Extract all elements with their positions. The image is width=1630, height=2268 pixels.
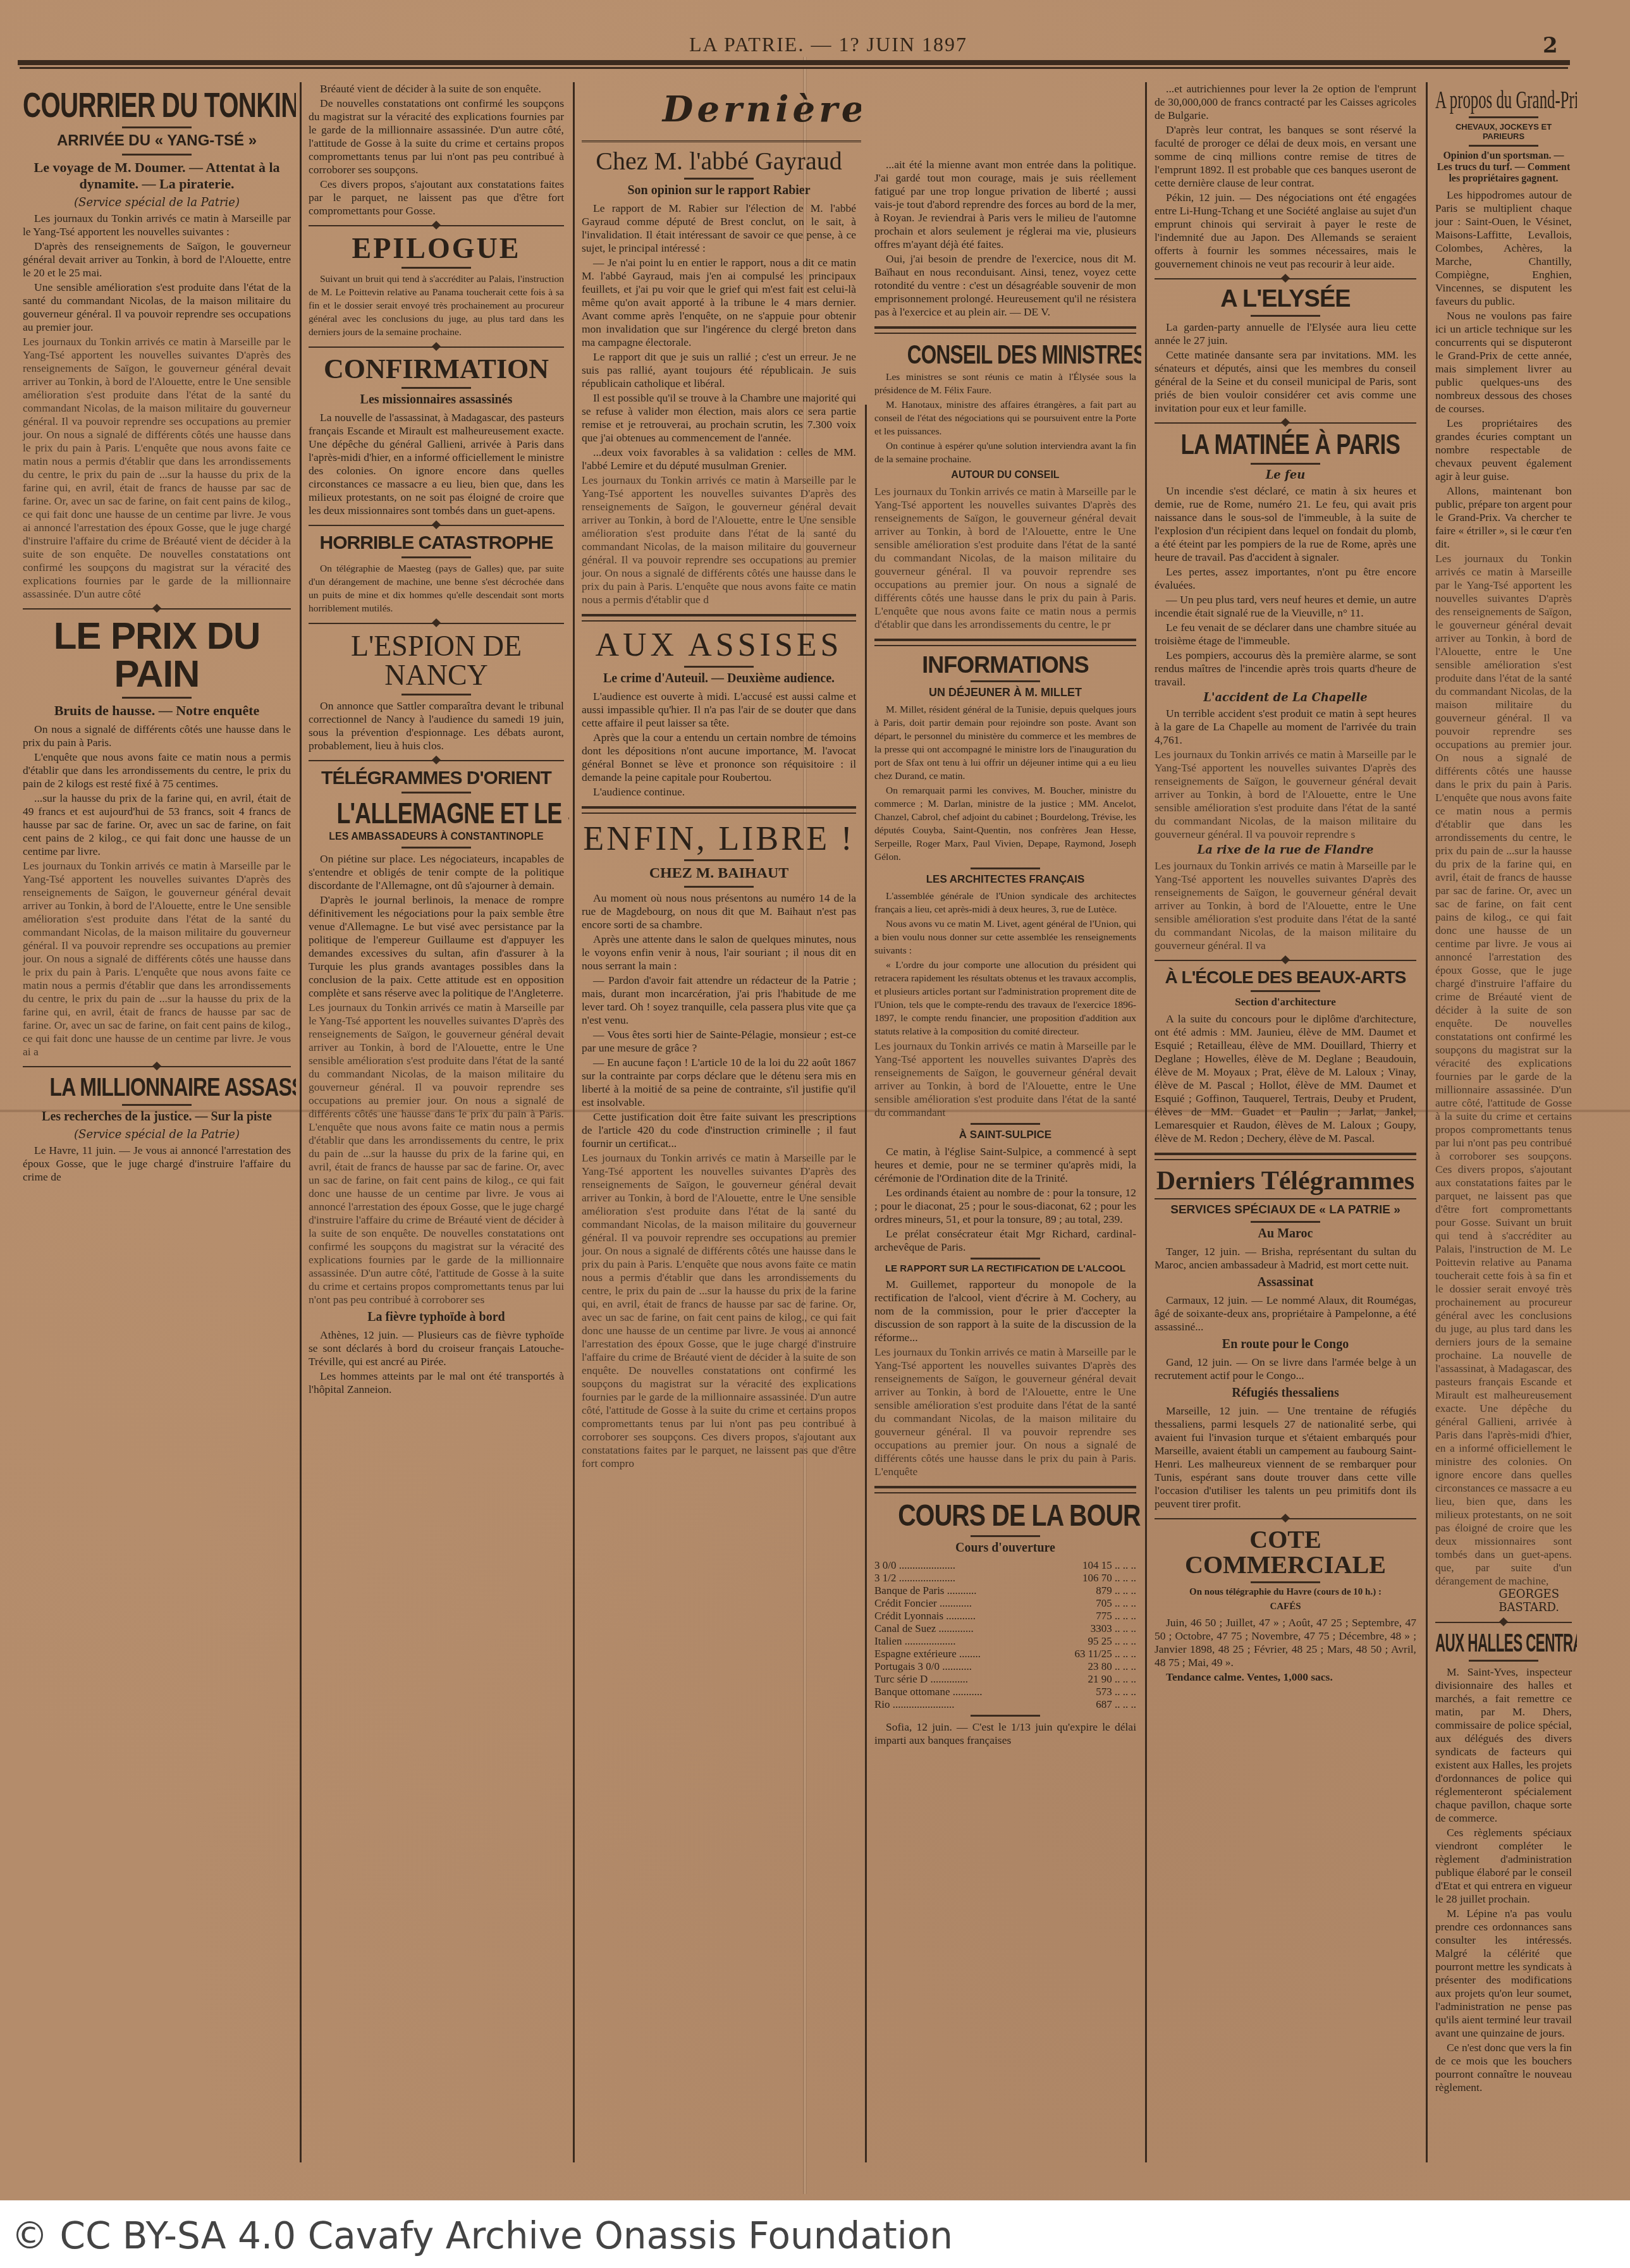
newspaper-page: LA PATRIE. — 1? JUIN 1897 2 COURRIER DU …: [0, 0, 1630, 2200]
article-text-filler: Les journaux du Tonkin arrivés ce matin …: [874, 1345, 1136, 1478]
cote-product: CAFÉS: [1155, 1602, 1416, 1612]
deck-tonkin: Le voyage de M. Doumer. — Attentat à la …: [23, 159, 291, 192]
paragraph: Oui, j'ai besoin de prendre de l'exercic…: [874, 252, 1136, 319]
paragraph: Le prélat consécrateur était Mgr Richard…: [874, 1227, 1136, 1254]
article-text-filler: Les journaux du Tonkin arrivés ce matin …: [1155, 748, 1416, 841]
section-head-la-chapelle: L'accident de La Chapelle: [1155, 691, 1416, 704]
telegram-heading: En route pour le Congo: [1155, 1337, 1416, 1352]
article-body-epilogue: Suivant un bruit qui tend à s'accréditer…: [309, 273, 564, 339]
subtitle-yangtse: ARRIVÉE DU « YANG-TSÉ »: [23, 132, 291, 150]
stock-name: Canal de Suez .............: [874, 1622, 1038, 1635]
section-head-rue-de-flandre: La rixe de la rue de Flandre: [1155, 843, 1416, 857]
cote-intro: On nous télégraphie du Havre (cours de 1…: [1155, 1587, 1416, 1598]
rule: [1155, 1198, 1416, 1199]
headline-underline: [1469, 145, 1538, 147]
column-2: Bréauté vient de décider à la suite de s…: [303, 82, 569, 2150]
column-rule: [573, 82, 575, 2162]
paragraph: Ce n'est donc que vers la fin de ce mois…: [1435, 2041, 1572, 2094]
paragraph: ...ait été la mienne avant mon entrée da…: [874, 158, 1136, 251]
telegram-text: Tanger, 12 juin. — Brisha, représentant …: [1155, 1245, 1416, 1272]
paragraph: On piétine sur place. Les négociateurs, …: [309, 852, 564, 892]
paragraph: D'après le journal berlinois, la menace …: [309, 893, 564, 1000]
headline-underline: [684, 886, 754, 888]
article-body-libre: Au moment où nous nous présentons au num…: [582, 892, 856, 1150]
article-body-beaux-arts: A la suite du concours pour le diplôme d…: [1155, 1012, 1416, 1145]
headline-halles-centrales: AUX HALLES CENTRALES: [1435, 1631, 1573, 1656]
stock-price: 775 .. .. ..: [1038, 1610, 1136, 1622]
article-text-filler: Les journaux du Tonkin arrivés ce matin …: [23, 335, 291, 601]
paragraph: — Vous êtes sorti hier de Sainte-Pélagie…: [582, 1028, 856, 1055]
paragraph: Les ordinands étaient au nombre de : pou…: [874, 1186, 1136, 1226]
copyright-caption-bar: © CC BY-SA 4.0 Cavafy Archive Onassis Fo…: [0, 2200, 1630, 2268]
headline-underline: [122, 1104, 192, 1106]
headline-underline: [122, 126, 192, 128]
section-separator: [1155, 1518, 1416, 1519]
article-body-catastrophe: On télégraphie de Maesteg (pays de Galle…: [309, 562, 564, 615]
telegram-heading: Réfugiés thessaliens: [1155, 1386, 1416, 1401]
sofia-dispatch: Sofia, 12 juin. — C'est le 1/13 juin qu'…: [874, 1720, 1136, 1747]
double-rule: [874, 1486, 1136, 1493]
article-body-alcool: M. Guillemet, rapporteur du monopole de …: [874, 1278, 1136, 1344]
section-separator: [309, 623, 564, 624]
double-rule: [582, 614, 856, 622]
article-text-filler: Les journaux du Tonkin arrivés ce matin …: [23, 859, 291, 1058]
headline-beaux-arts: À L'ÉCOLE DES BEAUX-ARTS: [1155, 969, 1416, 986]
headline-espion: L'ESPION DE NANCY: [309, 632, 564, 690]
section-separator: [309, 525, 564, 526]
telegram-heading: Au Maroc: [1155, 1227, 1416, 1241]
column-rule: [865, 405, 867, 2162]
headline-enfin-libre: ENFIN, LIBRE !: [582, 821, 856, 855]
paragraph: Les propriétaires des grandes écuries co…: [1435, 417, 1572, 483]
stock-quote-row: Italien ...................95 25 .. .. .…: [874, 1635, 1136, 1648]
stock-name: 3 0/0 .....................: [874, 1559, 1038, 1572]
article-body-architectes: L'assemblée générale de l'Union syndical…: [874, 890, 1136, 1038]
stock-price: 21 90 .. .. ..: [1038, 1673, 1136, 1686]
article-body-gayraud: Le rapport de M. Rabier sur l'élection d…: [582, 202, 856, 472]
stock-price: 104 15 .. .. ..: [1038, 1559, 1136, 1572]
paragraph: L'audience continue.: [582, 785, 856, 799]
stock-name: Portugais 3 0/0 ...........: [874, 1660, 1038, 1673]
article-body-assises: L'audience est ouverte à midi. L'accusé …: [582, 690, 856, 799]
headline-underline: [1469, 1660, 1538, 1662]
paragraph: On remarquait parmi les convives, M. Bou…: [874, 784, 1136, 864]
stock-name: Crédit Foncier ............: [874, 1597, 1038, 1610]
article-body-elysee: La garden-party annuelle de l'Elysée aur…: [1155, 321, 1416, 415]
article-body-orient: On piétine sur place. Les négociateurs, …: [309, 852, 564, 1000]
section-separator: [309, 346, 564, 348]
paragraph: Les pertes, assez importantes, n'ont pu …: [1155, 565, 1416, 592]
subtitle-cours-ouverture: Cours d'ouverture: [874, 1541, 1136, 1555]
paragraph: Ce matin, à l'église Saint-Sulpice, a co…: [874, 1145, 1136, 1185]
stock-price: 705 .. .. ..: [1038, 1597, 1136, 1610]
headline-underline: [684, 178, 754, 180]
paragraph: « L'ordre du jour comporte une allocutio…: [874, 959, 1136, 1038]
headline-conseil-ministres: CONSEIL DES MINISTRES: [907, 341, 1104, 368]
paragraph: M. Guillemet, rapporteur du monopole de …: [874, 1278, 1136, 1344]
paragraph: Ces divers propos, s'ajoutant aux consta…: [309, 178, 564, 218]
section-separator: [309, 760, 564, 761]
paragraph: Au moment où nous nous présentons au num…: [582, 892, 856, 931]
stock-quote-row: Banque ottomane ...........573 .. .. ..: [874, 1686, 1136, 1698]
headline-underline: [401, 267, 471, 269]
stock-quote-row: Crédit Lyonnais ...........775 .. .. ..: [874, 1610, 1136, 1622]
paragraph: Le feu venait de se déclarer dans une ch…: [1155, 621, 1416, 647]
column-rule: [300, 82, 302, 2162]
headline-underline: [1251, 463, 1320, 465]
coffee-prices: Juin, 46 50 ; Juillet, 47 » ; Août, 47 2…: [1155, 1616, 1416, 1669]
paragraph: D'après leur contrat, les banques se son…: [1155, 123, 1416, 190]
column-rule: [1426, 82, 1428, 2162]
article-continuation: Bréauté vient de décider à la suite de s…: [309, 82, 564, 218]
headline-allemagne-sultan: L'ALLEMAGNE ET LE SULTAN: [336, 799, 536, 828]
telegram-text: Carmaux, 12 juin. — Le nommé Alaux, dit …: [1155, 1294, 1416, 1333]
double-rule: [874, 326, 1136, 334]
article-text-filler: Les journaux du Tonkin arrivés ce matin …: [309, 1001, 564, 1306]
paragraph: Il est possible qu'il se trouve à la Cha…: [582, 391, 856, 444]
headline-underline: [122, 154, 192, 156]
column-3: Dernière Heure Chez M. l'abbé Gayraud So…: [577, 82, 861, 2150]
stock-quote-row: Banque de Paris ...........879 .. .. ..: [874, 1585, 1136, 1597]
section-separator: [1435, 1622, 1572, 1623]
stock-quote-row: 3 1/2 .....................106 70 .. .. …: [874, 1572, 1136, 1585]
paragraph: Une sensible amélioration s'est produite…: [23, 281, 291, 334]
paragraph: On annonce que Sattler comparaîtra devan…: [309, 699, 564, 752]
copyright-text: © CC BY-SA 4.0 Cavafy Archive Onassis Fo…: [11, 2214, 953, 2257]
headline-elysee: A L'ELYSÉE: [1155, 287, 1416, 311]
paragraph: — Un peu plus tard, vers neuf heures et …: [1155, 593, 1416, 620]
paragraph: ...et autrichiennes pour lever la 2e opt…: [1155, 82, 1416, 122]
section-separator: [1155, 960, 1416, 961]
article-body-millionnaire: Le Havre, 11 juin. — Je vous ai annoncé …: [23, 1144, 291, 1184]
paragraph: M. Lépine n'a pas voulu prendre ces ordo…: [1435, 1907, 1572, 2040]
article-body-saint-sulpice: Ce matin, à l'église Saint-Sulpice, a co…: [874, 1145, 1136, 1254]
section-head-saint-sulpice: À SAINT-SULPICE: [874, 1129, 1136, 1141]
paragraph: Ces règlements spéciaux viendront complé…: [1435, 1826, 1572, 1906]
section-separator: [309, 225, 564, 226]
stock-quote-row: Turc série D ..............21 90 .. .. .…: [874, 1673, 1136, 1686]
section-head-architecture: Section d'architecture: [1155, 996, 1416, 1008]
stock-price: 23 80 .. .. ..: [1038, 1660, 1136, 1673]
headline-underline: [1251, 1581, 1320, 1583]
section-separator: [971, 1715, 1040, 1717]
author-signature: GEORGES BASTARD.: [1435, 1588, 1559, 1614]
paragraph: Nous ne voulons pas faire ici un article…: [1435, 309, 1572, 415]
headline-underline: [401, 387, 471, 389]
headline-underline: [401, 694, 471, 696]
double-rule: [582, 806, 856, 814]
stock-price: 687 .. .. ..: [1038, 1698, 1136, 1711]
paragraph: Les journaux du Tonkin arrivés ce matin …: [23, 212, 291, 238]
article-body-feu: Un incendie s'est déclaré, ce matin à si…: [1155, 484, 1416, 689]
stock-quote-row: 3 0/0 .....................104 15 .. .. …: [874, 1559, 1136, 1572]
headline-cours-bourse: COURS DE LA BOURSE: [898, 1501, 1112, 1531]
paragraph: Les ministres se sont réunis ce matin à …: [874, 371, 1136, 397]
headline-underline: [971, 1535, 1040, 1537]
paragraph: De nouvelles constatations ont confirmé …: [309, 97, 564, 176]
double-rule: [1155, 1153, 1416, 1160]
paragraph: Suivant un bruit qui tend à s'accréditer…: [309, 273, 564, 339]
headline-underline: [401, 556, 471, 558]
headline-telegrammes-orient: TÉLÉGRAMMES D'ORIENT: [309, 769, 564, 788]
headline-assises: AUX ASSISES: [582, 629, 856, 662]
paragraph: Les hippodromes autour de Paris se multi…: [1435, 188, 1572, 308]
paragraph: M. Saint-Yves, inspecteur divisionnaire …: [1435, 1665, 1572, 1825]
paragraph: Après que la cour a entendu un certain n…: [582, 731, 856, 784]
stock-name: Turc série D ..............: [874, 1673, 1038, 1686]
deck-auteuil: Le crime d'Auteuil. — Deuxième audience.: [582, 671, 856, 686]
telegram-heading: Assassinat: [1155, 1275, 1416, 1290]
running-header: LA PATRIE. — 1? JUIN 1897: [689, 33, 967, 56]
paragraph: M. Millet, résident général de la Tunisi…: [874, 703, 1136, 783]
section-separator: [971, 867, 1040, 869]
headline-underline: [971, 680, 1040, 682]
stock-price: 573 .. .. ..: [1038, 1686, 1136, 1698]
article-text-filler: Les journaux du Tonkin arrivés ce matin …: [582, 474, 856, 606]
headline-underline: [684, 859, 754, 861]
stock-price: 879 .. .. ..: [1038, 1585, 1136, 1597]
article-text-filler: Les journaux du Tonkin arrivés ce matin …: [874, 1039, 1136, 1119]
article-text-filler: Les journaux du Tonkin arrivés ce matin …: [874, 485, 1136, 631]
header-rule: [18, 60, 1570, 67]
section-separator: [23, 1066, 291, 1067]
paragraph: L'enquête que nous avons faite ce matin …: [23, 751, 291, 790]
article-text-filler: Les journaux du Tonkin arrivés ce matin …: [582, 1151, 856, 1470]
paragraph: Pékin, 12 juin. — Des négociations ont é…: [1155, 191, 1416, 271]
column-rule: [1145, 82, 1147, 2162]
section-head-architectes: LES ARCHITECTES FRANÇAIS: [874, 873, 1136, 886]
section-separator: [23, 608, 291, 610]
stock-price: 3303 .. .. ..: [1038, 1622, 1136, 1635]
paragraph: D'après des renseignements de Saïgon, le…: [23, 240, 291, 279]
article-body-chapelle: Un terrible accident s'est produit ce ma…: [1155, 707, 1416, 747]
article-body-pain: On nous a signalé de différents côtés un…: [23, 723, 291, 858]
headline-underline: [401, 847, 471, 849]
stock-name: Espagne extérieure ........: [874, 1648, 1038, 1660]
service-note: (Service spécial de la Patrie): [23, 1128, 291, 1141]
paragraph: L'audience est ouverte à midi. L'accusé …: [582, 690, 856, 730]
headline-epilogue: EPILOGUE: [309, 234, 564, 263]
paragraph: Allons, maintenant bon public, prépare t…: [1435, 484, 1572, 551]
stock-name: Rio .......................: [874, 1698, 1038, 1711]
headline-informations: INFORMATIONS: [874, 654, 1136, 677]
column-1: COURRIER DU TONKIN ARRIVÉE DU « YANG-TSÉ…: [18, 82, 296, 2150]
paragraph: Les pompiers, accourus dès la première a…: [1155, 649, 1416, 689]
stock-quote-row: Crédit Foncier ............705 .. .. ..: [874, 1597, 1136, 1610]
telegram-text: Gand, 12 juin. — On se livre dans l'armé…: [1155, 1356, 1416, 1382]
paragraph: Athènes, 12 juin. — Plusieurs cas de fiè…: [309, 1328, 564, 1368]
subtitle-dejeuner-millet: UN DÉJEUNER À M. MILLET: [874, 686, 1136, 699]
stock-quote-row: Rio .......................687 .. .. ..: [874, 1698, 1136, 1711]
paragraph: Nous avons vu ce matin M. Livet, agent g…: [874, 917, 1136, 957]
headline-underline: [1251, 1221, 1320, 1223]
paragraph: Le rapport dit que je suis un rallié ; c…: [582, 350, 856, 390]
service-note: (Service spécial de la Patrie): [23, 196, 291, 209]
headline-underline: [401, 792, 471, 794]
headline-underline: [1469, 116, 1538, 118]
headline-gayraud: Chez M. l'abbé Gayraud: [582, 149, 856, 174]
section-separator: [971, 1258, 1040, 1260]
headline-underline: [1251, 315, 1320, 317]
section-head-autour-du-conseil: AUTOUR DU CONSEIL: [874, 470, 1136, 481]
paragraph: Un incendie s'est déclaré, ce matin à si…: [1155, 484, 1416, 564]
paragraph: Cette justification doit être faite suiv…: [582, 1110, 856, 1150]
paragraph: On continue à espérer qu'une solution in…: [874, 439, 1136, 466]
paragraph: — Je n'ai point lu en entier le rapport,…: [582, 256, 856, 349]
stock-quote-row: Canal de Suez .............3303 .. .. ..: [874, 1622, 1136, 1635]
article-body-conseil: Les ministres se sont réunis ce matin à …: [874, 371, 1136, 466]
column-5: ...et autrichiennes pour lever la 2e opt…: [1149, 82, 1421, 2150]
section-separator: [1155, 422, 1416, 424]
headline-derniers-telegrammes: Derniers Télégrammes: [1155, 1168, 1416, 1194]
banner-derniere-heure: Dernière Heure: [582, 82, 861, 142]
article-text-filler: Les journaux du Tonkin arrivés ce matin …: [1155, 859, 1416, 952]
paragraph: Après une attente dans le salon de quelq…: [582, 933, 856, 972]
section-head-alcool: LE RAPPORT SUR LA RECTIFICATION DE L'ALC…: [874, 1263, 1136, 1274]
double-rule: [874, 639, 1136, 646]
paragraph: Cette matinée dansante sera par invitati…: [1155, 348, 1416, 415]
paragraph: ...sur la hausse du prix de la farine qu…: [23, 792, 291, 858]
headline-prix-du-pain: LE PRIX DU PAIN: [23, 617, 291, 693]
section-separator: [971, 1123, 1040, 1125]
deck-rabier: Son opinion sur le rapport Rabier: [582, 183, 856, 198]
headline-catastrophe: HORRIBLE CATASTROPHE: [309, 534, 564, 553]
paragraph: Les hommes atteints par le mal ont été t…: [309, 1370, 564, 1396]
headline-underline: [1251, 990, 1320, 992]
stock-name: Italien ...................: [874, 1635, 1038, 1648]
headline-tonkin: COURRIER DU TONKIN: [23, 87, 293, 123]
subtitle-chevaux-jockeys: CHEVAUX, JOCKEYS ET PARIEURS: [1435, 122, 1572, 141]
headline-grand-prix: A propos du Grand-Prix: [1435, 87, 1520, 113]
headline-cote-commerciale: COTE COMMERCIALE: [1155, 1527, 1416, 1578]
article-body-typhoide: Athènes, 12 juin. — Plusieurs cas de fiè…: [309, 1328, 564, 1396]
stock-quote-row: Portugais 3 0/0 ...........23 80 .. .. .…: [874, 1660, 1136, 1673]
subtitle-baihaut: CHEZ M. BAIHAUT: [582, 865, 856, 882]
page-number: 2: [1543, 33, 1558, 58]
stock-name: 3 1/2 .....................: [874, 1572, 1038, 1585]
headline-millionnaire: LA MILLIONNAIRE ASSASSINÉE: [49, 1075, 264, 1100]
deck-pain: Bruits de hausse. — Notre enquête: [23, 702, 291, 719]
column-4: ...ait été la mienne avant mon entrée da…: [869, 158, 1141, 2226]
headline-underline: [684, 666, 754, 668]
headline-confirmation: CONFIRMATION: [309, 355, 564, 383]
article-body-informations: M. Millet, résident général de la Tunisi…: [874, 703, 1136, 864]
stock-quotes-table: 3 0/0 .....................104 15 .. .. …: [874, 1559, 1136, 1711]
paragraph: Le Havre, 11 juin. — Je vous ai annoncé …: [23, 1144, 291, 1184]
section-head-typhoide: La fièvre typhoïde à bord: [309, 1310, 564, 1325]
subtitle-services-speciaux: SERVICES SPÉCIAUX DE « LA PATRIE »: [1155, 1203, 1416, 1217]
paragraph: Bréauté vient de décider à la suite de s…: [309, 82, 564, 95]
article-body-espion: On annonce que Sattler comparaîtra devan…: [309, 699, 564, 752]
headline-matinee-paris: LA MATINÉE À PARIS: [1180, 431, 1390, 459]
stock-price: 106 70 .. .. ..: [1038, 1572, 1136, 1585]
stock-quote-row: Espagne extérieure ........63 11/25 .. .…: [874, 1648, 1136, 1660]
deck-millionnaire: Les recherches de la justice. — Sur la p…: [23, 1110, 291, 1124]
paragraph: La nouvelle de l'assassinat, à Madagasca…: [309, 411, 564, 517]
stock-name: Banque ottomane ...........: [874, 1686, 1038, 1698]
article-continuation-baihaut: ...ait été la mienne avant mon entrée da…: [874, 158, 1136, 319]
paragraph: On télégraphie de Maesteg (pays de Galle…: [309, 562, 564, 615]
stock-price: 95 25 .. .. ..: [1038, 1635, 1136, 1648]
deck-missionnaires: Les missionnaires assassinés: [309, 393, 564, 407]
paragraph: M. Hanotaux, ministre des affaires étran…: [874, 398, 1136, 438]
article-body-confirmation: La nouvelle de l'assassinat, à Madagasca…: [309, 411, 564, 517]
section-separator: [1155, 278, 1416, 279]
article-text-filler: Les journaux du Tonkin arrivés ce matin …: [1435, 552, 1572, 1588]
paragraph: Le rapport de M. Rabier sur l'élection d…: [582, 202, 856, 255]
stock-price: 63 11/25 .. .. ..: [1038, 1648, 1136, 1660]
stock-name: Banque de Paris ...........: [874, 1585, 1038, 1597]
article-body-halles: M. Saint-Yves, inspecteur divisionnaire …: [1435, 1665, 1572, 2094]
paragraph: Un terrible accident s'est produit ce ma…: [1155, 707, 1416, 747]
telegram-text: Marseille, 12 juin. — Une trentaine de r…: [1155, 1404, 1416, 1511]
deck-grand-prix: Opinion d'un sportsman. — Les trucs du t…: [1435, 150, 1572, 185]
paragraph: ...deux voix favorables à sa validation …: [582, 446, 856, 472]
article-body-grand-prix: Les hippodromes autour de Paris se multi…: [1435, 188, 1572, 551]
paragraph: — Pardon d'avoir fait attendre un rédact…: [582, 974, 856, 1027]
paragraph: On nous a signalé de différents côtés un…: [23, 723, 291, 749]
stock-name: Crédit Lyonnais ...........: [874, 1610, 1038, 1622]
paragraph: A la suite du concours pour le diplôme d…: [1155, 1012, 1416, 1145]
paragraph: L'assemblée générale de l'Union syndical…: [874, 890, 1136, 916]
subtitle-ambassadeurs: LES AMBASSADEURS À CONSTANTINOPLE: [309, 831, 564, 843]
headline-underline: [122, 697, 192, 699]
article-body-tonkin: Les journaux du Tonkin arrivés ce matin …: [23, 212, 291, 334]
paragraph: La garden-party annuelle de l'Elysée aur…: [1155, 321, 1416, 347]
market-trend: Tendance calme. Ventes, 1,000 sacs.: [1155, 1670, 1416, 1684]
paragraph: — En aucune façon ! L'article 10 de la l…: [582, 1056, 856, 1109]
telegram-list: Au MarocTanger, 12 juin. — Brisha, repré…: [1155, 1227, 1416, 1511]
article-continuation-bulgarie: ...et autrichiennes pour lever la 2e opt…: [1155, 82, 1416, 271]
section-head-le-feu: Le feu: [1155, 469, 1416, 482]
column-6: A propos du Grand-Prix CHEVAUX, JOCKEYS …: [1430, 82, 1577, 2150]
